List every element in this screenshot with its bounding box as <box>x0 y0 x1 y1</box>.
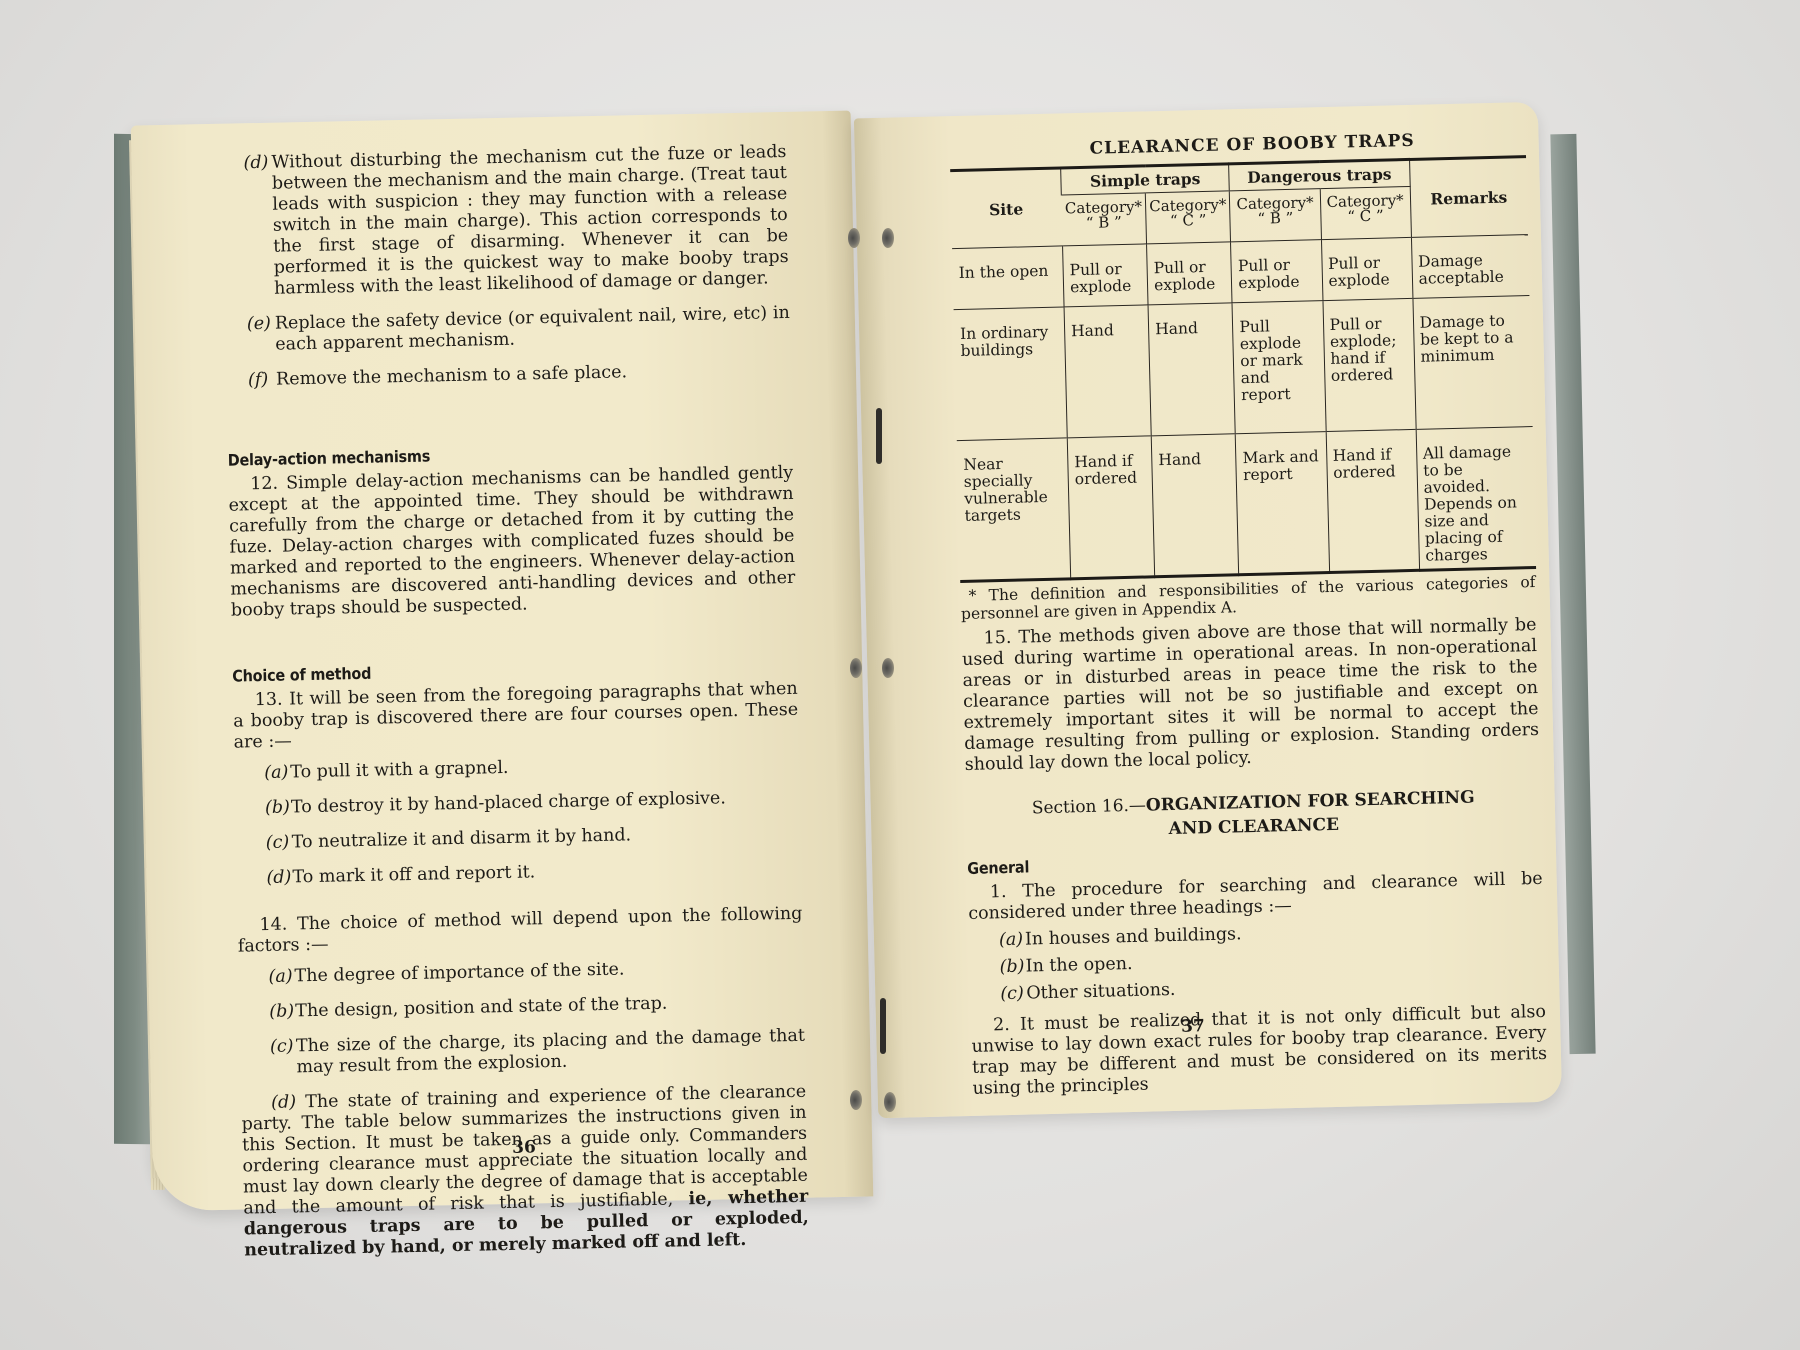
binding-staple <box>876 408 882 464</box>
column-header-remarks: Remarks <box>1409 157 1528 238</box>
list-item: (f) Remove the mechanism to a safe place… <box>226 359 791 392</box>
table-row: Near specially vulnerable targets Hand i… <box>957 427 1536 582</box>
paragraph-13: 13. It will be seen from the foregoing p… <box>233 679 799 754</box>
list-item: (b) To destroy it by hand-placed charge … <box>235 787 800 820</box>
binding-staple <box>880 998 886 1054</box>
column-header-category: Category* “ B ” <box>1230 189 1321 242</box>
punch-hole <box>884 1092 896 1112</box>
punch-hole <box>850 1090 862 1110</box>
paragraph-1: 1. The procedure for searching and clear… <box>968 869 1544 925</box>
list-item: (d) Without disturbing the mechanism cut… <box>221 142 789 301</box>
table-row: In ordinary buildings Hand Hand Pull exp… <box>954 296 1533 441</box>
paragraph-2: 2. It must be realized that it is not on… <box>971 1002 1548 1100</box>
punch-hole <box>848 228 860 248</box>
list-item: (b) The design, position and state of th… <box>239 991 804 1024</box>
left-page: (d) Without disturbing the mechanism cut… <box>131 111 874 1212</box>
clearance-table: Site Simple traps Dangerous traps Remark… <box>950 155 1536 583</box>
list-item: (c) The size of the charge, its placing … <box>240 1026 806 1080</box>
list-item: (a) The degree of importance of the site… <box>238 956 803 989</box>
page-number: 37 <box>1181 1016 1205 1037</box>
left-page-content: (d) Without disturbing the mechanism cut… <box>221 142 809 1262</box>
punch-hole <box>850 658 862 678</box>
right-page-content: CLEARANCE OF BOOBY TRAPS Site Simple tra… <box>949 128 1547 1100</box>
list-item: (d) To mark it off and report it. <box>236 857 801 890</box>
punch-hole <box>882 228 894 248</box>
paragraph-14d: (d) The state of training and experience… <box>241 1082 809 1262</box>
section-16-title: Section 16.—ORGANIZATION FOR SEARCHING A… <box>966 784 1542 846</box>
column-header-category: Category* “ B ” <box>1061 193 1146 246</box>
column-header-site: Site <box>950 168 1062 249</box>
paragraph-15: 15. The methods given above are those th… <box>961 615 1539 776</box>
column-header-category: Category* “ C ” <box>1320 186 1411 239</box>
column-header-category: Category* “ C ” <box>1145 191 1230 244</box>
punch-hole <box>882 658 894 678</box>
paragraph-12: 12. Simple delay-action mechanisms can b… <box>228 463 796 622</box>
list-item: (e) Replace the safety device (or equiva… <box>225 303 791 357</box>
list-item: (c) To neutralize it and disarm it by ha… <box>236 822 801 855</box>
column-group-simple: Simple traps <box>1061 164 1230 195</box>
right-page: CLEARANCE OF BOOBY TRAPS Site Simple tra… <box>854 102 1562 1118</box>
list-item: (a) To pull it with a grapnel. <box>234 752 799 785</box>
page-number: 36 <box>512 1137 536 1157</box>
